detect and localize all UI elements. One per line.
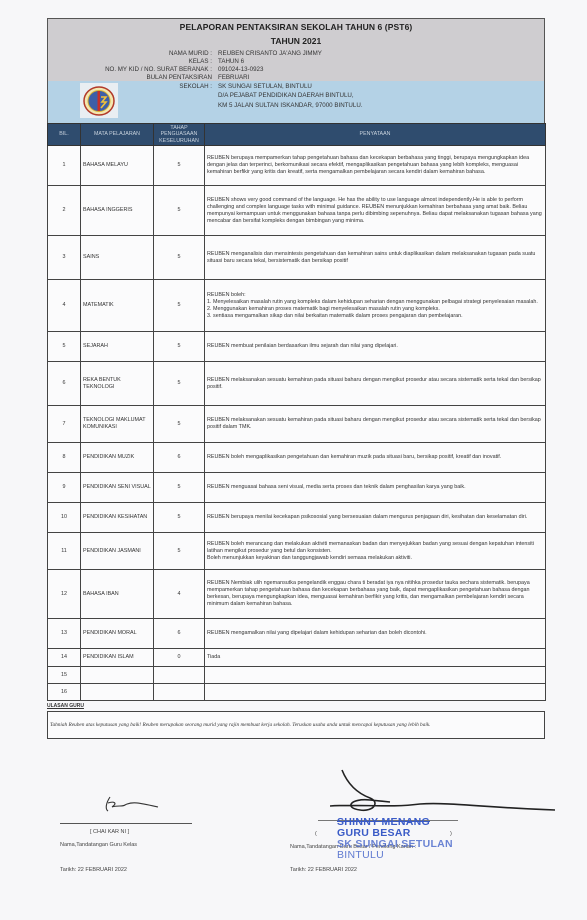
subject-name: SAINS (81, 236, 154, 280)
statement: REUBEN menganalisis dan mensintesis peng… (205, 236, 546, 280)
statement: REUBEN Nembiak ulih ngemansutka pengelan… (205, 570, 546, 619)
subject-name: PENDIDIKAN KESIHATAN (81, 503, 154, 533)
class-teacher-role: Nama,Tandatangan Guru Kelas (60, 842, 137, 848)
subject-name: TEKNOLOGI MAKLUMAT KOMUNIKASI (81, 406, 154, 443)
row-number: 15 (48, 667, 81, 684)
field-label: BULAN PENTAKSIRAN (146, 74, 212, 81)
statement: REUBEN boleh:1. Menyelesaikan masalah ru… (205, 280, 546, 332)
statement-line: REUBEN boleh merancang dan melakukan akt… (207, 541, 543, 555)
subject-name: PENDIDIKAN JASMANI (81, 533, 154, 570)
row-number: 12 (48, 570, 81, 619)
field-label: NO. MY KID / NO. SURAT BERANAK : (105, 66, 212, 73)
statement: REUBEN boleh mengaplikasikan pengetahuan… (205, 443, 546, 473)
field-value: 091024-13-0923 (218, 66, 263, 73)
row-number: 5 (48, 332, 81, 362)
school-crest-icon (80, 83, 118, 118)
mastery-level: 5 (154, 406, 205, 443)
table-row: 1BAHASA MELAYU5REUBEN berupaya mempamerk… (48, 146, 546, 186)
mastery-level: 5 (154, 362, 205, 406)
subject-name: PENDIDIKAN MUZIK (81, 443, 154, 473)
col-header-level: TAHAP PENGUASAAN KESELURUHAN (154, 124, 205, 146)
stamp-line: BINTULU (337, 850, 453, 861)
headmaster-date: Tarikh: 22 FEBRUARI 2022 (290, 867, 357, 873)
row-number: 6 (48, 362, 81, 406)
statement: REUBEN membuat penilaian berdasarkan ilm… (205, 332, 546, 362)
subject-name: BAHASA MELAYU (81, 146, 154, 186)
row-number: 2 (48, 186, 81, 236)
statement (205, 684, 546, 701)
mastery-level: 6 (154, 443, 205, 473)
subject-name: BAHASA INGGERIS (81, 186, 154, 236)
subject-name: PENDIDIKAN MORAL (81, 619, 154, 649)
school-line-2: D/A PEJABAT PENDIDIKAN DAERAH BINTULU, (218, 92, 354, 99)
field-value: FEBRUARI (218, 74, 249, 81)
statement: REUBEN melaksanakan sesuatu kemahiran pa… (205, 406, 546, 443)
mastery-level: 5 (154, 186, 205, 236)
row-number: 4 (48, 280, 81, 332)
row-number: 13 (48, 619, 81, 649)
teacher-comment-text: Tahniah Reuben atas keputusan yang baik!… (50, 722, 431, 728)
mastery-level (154, 684, 205, 701)
mastery-level: 5 (154, 503, 205, 533)
report-sheet: PELAPORAN PENTAKSIRAN SEKOLAH TAHUN 6 (P… (47, 18, 545, 739)
table-row: 14PENDIDIKAN ISLAM0Tiada (48, 649, 546, 667)
subject-name: MATEMATIK (81, 280, 154, 332)
subject-name: BAHASA IBAN (81, 570, 154, 619)
statement: REUBEN mengamalkan nilai yang dipelajari… (205, 619, 546, 649)
table-row: 9PENDIDIKAN SENI VISUAL5REUBEN menguasai… (48, 473, 546, 503)
col-header-subject: MATA PELAJARAN (81, 124, 154, 146)
row-number: 14 (48, 649, 81, 667)
col-header-no: BIL. (48, 124, 81, 146)
mastery-level: 5 (154, 280, 205, 332)
mastery-level: 0 (154, 649, 205, 667)
mastery-level: 5 (154, 332, 205, 362)
row-number: 16 (48, 684, 81, 701)
table-row: 5SEJARAH5REUBEN membuat penilaian berdas… (48, 332, 546, 362)
statement: REUBEN menguasai bahasa seni visual, med… (205, 473, 546, 503)
table-row: 16 (48, 684, 546, 701)
statement: Tiada (205, 649, 546, 667)
statement: REUBEN berupaya menilai kecekapan psikos… (205, 503, 546, 533)
official-stamp: SHINNY MENANG GURU BESAR SK SUNGAI SETUL… (337, 817, 453, 861)
table-row: 4MATEMATIK5REUBEN boleh:1. Menyelesaikan… (48, 280, 546, 332)
statement: REUBEN boleh merancang dan melakukan akt… (205, 533, 546, 570)
table-row: 12BAHASA IBAN4REUBEN Nembiak ulih ngeman… (48, 570, 546, 619)
mastery-level: 6 (154, 619, 205, 649)
class-teacher-name: [ CHAI KAR NI ] (90, 829, 129, 835)
table-row: 3SAINS5REUBEN menganalisis dan mensintes… (48, 236, 546, 280)
mastery-level: 5 (154, 146, 205, 186)
mastery-level: 4 (154, 570, 205, 619)
school-line-1: SK SUNGAI SETULAN, BINTULU (218, 83, 312, 90)
bracket-open: ( (315, 831, 317, 837)
report-header: PELAPORAN PENTAKSIRAN SEKOLAH TAHUN 6 (P… (47, 18, 545, 81)
signature-line (60, 823, 192, 824)
table-row: 15 (48, 667, 546, 684)
field-value: TAHUN 6 (218, 58, 244, 65)
statement: REUBEN berupaya mempamerkan tahap penget… (205, 146, 546, 186)
row-number: 7 (48, 406, 81, 443)
row-number: 10 (48, 503, 81, 533)
col-header-statement: PENYATAAN (205, 124, 546, 146)
statement: REUBEN melaksanakan sesuatu kemahiran pa… (205, 362, 546, 406)
mastery-level: 5 (154, 533, 205, 570)
row-number: 1 (48, 146, 81, 186)
field-label: KELAS : (189, 58, 212, 65)
statement-line: 1. Menyelesaikan masalah rutin yang komp… (207, 299, 543, 306)
class-teacher-signature-icon (100, 793, 170, 815)
statement-line: REUBEN boleh: (207, 292, 543, 299)
teacher-comment-label: ULASAN GURU (47, 703, 545, 709)
statement (205, 667, 546, 684)
school-line-3: KM 5 JALAN SULTAN ISKANDAR, 97000 BINTUL… (218, 102, 363, 109)
table-row: 7TEKNOLOGI MAKLUMAT KOMUNIKASI5REUBEN me… (48, 406, 546, 443)
table-row: 2BAHASA INGGERIS5REUBEN shows very good … (48, 186, 546, 236)
table-row: 10PENDIDIKAN KESIHATAN5REUBEN berupaya m… (48, 503, 546, 533)
table-row: 11PENDIDIKAN JASMANI5REUBEN boleh meranc… (48, 533, 546, 570)
class-teacher-date: Tarikh: 22 FEBRUARI 2022 (60, 867, 127, 873)
statement-line: Boleh menunjukkan keyakinan dan tanggung… (207, 555, 543, 562)
subject-name (81, 667, 154, 684)
subject-name: PENDIDIKAN SENI VISUAL (81, 473, 154, 503)
row-number: 11 (48, 533, 81, 570)
table-row: 6REKA BENTUK TEKNOLOGI5REUBEN melaksanak… (48, 362, 546, 406)
row-number: 3 (48, 236, 81, 280)
table-row: 8PENDIDIKAN MUZIK6REUBEN boleh mengaplik… (48, 443, 546, 473)
row-number: 9 (48, 473, 81, 503)
table-row: 13PENDIDIKAN MORAL6REUBEN mengamalkan ni… (48, 619, 546, 649)
assessment-table: BIL. MATA PELAJARAN TAHAP PENGUASAAN KES… (47, 123, 546, 701)
report-year: TAHUN 2021 (48, 36, 544, 46)
report-title: PELAPORAN PENTAKSIRAN SEKOLAH TAHUN 6 (P… (48, 19, 544, 32)
statement: REUBEN shows very good command of the la… (205, 186, 546, 236)
subject-name (81, 684, 154, 701)
mastery-level: 5 (154, 473, 205, 503)
school-block: SEKOLAH : SK SUNGAI SETULAN, BINTULU D/A… (47, 81, 545, 123)
row-number: 8 (48, 443, 81, 473)
statement-line: 2. Menggunakan kemahiran proses matemati… (207, 306, 543, 313)
school-label: SEKOLAH : (179, 83, 212, 90)
statement-line: 3. sentiasa mengamalkan sikap dan nilai … (207, 313, 543, 320)
field-value: REUBEN CRISANTO JA'ANG JIMMY (218, 50, 322, 57)
teacher-comment-box: Tahniah Reuben atas keputusan yang baik!… (47, 711, 545, 739)
field-label: NAMA MURID : (169, 50, 212, 57)
subject-name: SEJARAH (81, 332, 154, 362)
table-body: 1BAHASA MELAYU5REUBEN berupaya mempamerk… (48, 146, 546, 701)
mastery-level (154, 667, 205, 684)
subject-name: REKA BENTUK TEKNOLOGI (81, 362, 154, 406)
subject-name: PENDIDIKAN ISLAM (81, 649, 154, 667)
mastery-level: 5 (154, 236, 205, 280)
table-header-row: BIL. MATA PELAJARAN TAHAP PENGUASAAN KES… (48, 124, 546, 146)
